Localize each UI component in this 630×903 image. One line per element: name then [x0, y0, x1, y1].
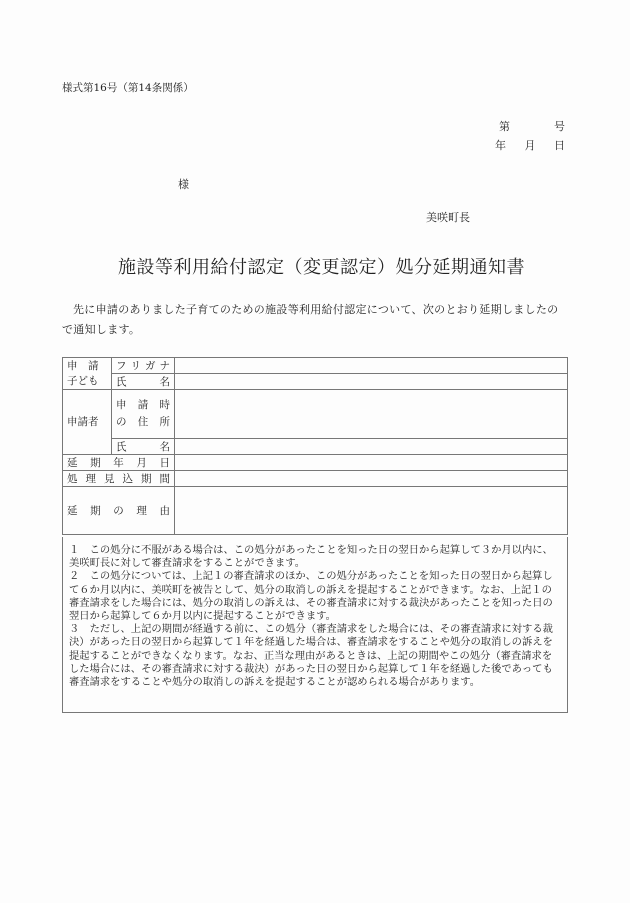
- label-text: 子ども: [67, 375, 99, 387]
- document-number: 第 号: [499, 118, 565, 134]
- child-group-label-top: 申 請: [63, 358, 112, 374]
- furigana-field[interactable]: [175, 358, 568, 374]
- label-char: の: [113, 504, 124, 518]
- addressee: 様: [178, 176, 189, 192]
- label-char: 込: [123, 472, 134, 486]
- number-suffix: 号: [554, 118, 565, 134]
- label-text: 申請者: [67, 416, 99, 428]
- label-char: 申: [116, 397, 127, 414]
- label-char: 期: [90, 504, 101, 518]
- label-char: 処: [67, 472, 78, 486]
- form-number: 様式第16号（第14条関係）: [62, 80, 194, 95]
- label-char: フ: [116, 359, 127, 373]
- address-field[interactable]: [175, 390, 568, 439]
- label-char: の: [116, 414, 127, 431]
- label-char: 名: [160, 440, 171, 454]
- label-char: 延: [67, 456, 78, 470]
- row-reason: 延 期 の 理 由: [63, 487, 568, 535]
- applicant-name-field[interactable]: [175, 439, 568, 455]
- label-text: 申 請: [67, 360, 99, 372]
- date-day: 日: [554, 137, 565, 153]
- sender: 美咲町長: [426, 209, 470, 225]
- label-char: 期: [141, 472, 152, 486]
- row-furigana: 申 請 フ リ ガ ナ: [63, 358, 568, 374]
- label-char: 間: [160, 472, 171, 486]
- label-char: 名: [160, 375, 171, 389]
- applicant-label: 申請者: [63, 390, 112, 455]
- applicant-name-label: 氏 名: [112, 439, 175, 455]
- label-char: 氏: [116, 440, 127, 454]
- child-name-label: 氏 名: [112, 374, 175, 390]
- number-prefix: 第: [499, 118, 510, 134]
- label-char: 由: [160, 504, 171, 518]
- label-char: ナ: [160, 359, 171, 373]
- child-group-label-bottom: 子ども: [63, 374, 112, 390]
- label-char: 見: [104, 472, 115, 486]
- label-char: 延: [67, 504, 78, 518]
- label-char: ガ: [145, 359, 156, 373]
- row-applicant-name: 氏 名: [63, 439, 568, 455]
- address-label: 申 請 時 の 住 所: [112, 390, 175, 439]
- child-name-field[interactable]: [175, 374, 568, 390]
- notice-table: 申 請 フ リ ガ ナ 子ども 氏 名 申請者 申: [62, 357, 568, 535]
- label-char: 月: [136, 456, 147, 470]
- label-char: 理: [86, 472, 97, 486]
- row-child-name: 子ども 氏 名: [63, 374, 568, 390]
- intro-paragraph: 先に申請のありました子育てのための施設等利用給付認定について、次のとおり延期しま…: [62, 300, 567, 340]
- label-char: 理: [136, 504, 147, 518]
- row-delay-date: 延 期 年 月 日: [63, 455, 568, 471]
- label-char: リ: [131, 359, 142, 373]
- label-char: 日: [160, 456, 171, 470]
- date-year: 年: [495, 137, 506, 153]
- delay-date-label: 延 期 年 月 日: [63, 455, 175, 471]
- delay-date-field[interactable]: [175, 455, 568, 471]
- appeal-notes: １ この処分に不服がある場合は、この処分があったことを知った日の翌日から起算して…: [62, 537, 568, 713]
- reason-field[interactable]: [175, 487, 568, 535]
- document-title: 施設等利用給付認定（変更認定）処分延期通知書: [118, 253, 525, 279]
- expected-period-field[interactable]: [175, 471, 568, 487]
- note-item: ３ ただし、上記の期間が経過する前に、この処分（審査請求をした場合には、その審査…: [69, 623, 561, 689]
- furigana-label: フ リ ガ ナ: [112, 358, 175, 374]
- label-char: 氏: [116, 375, 127, 389]
- date-month: 月: [525, 137, 536, 153]
- reason-label: 延 期 の 理 由: [63, 487, 175, 535]
- label-char: 住: [138, 414, 149, 431]
- note-item: ２ この処分については、上記１の審査請求のほか、この処分があったことを知った日の…: [69, 570, 561, 623]
- label-char: 年: [113, 456, 124, 470]
- label-char: 時: [160, 397, 171, 414]
- row-applicant-address: 申請者 申 請 時 の 住 所: [63, 390, 568, 439]
- row-expected-period: 処 理 見 込 期 間: [63, 471, 568, 487]
- note-item: １ この処分に不服がある場合は、この処分があったことを知った日の翌日から起算して…: [69, 544, 561, 570]
- expected-period-label: 処 理 見 込 期 間: [63, 471, 175, 487]
- label-char: 所: [160, 414, 171, 431]
- label-char: 請: [138, 397, 149, 414]
- issue-date: 年 月 日: [495, 137, 565, 153]
- label-char: 期: [90, 456, 101, 470]
